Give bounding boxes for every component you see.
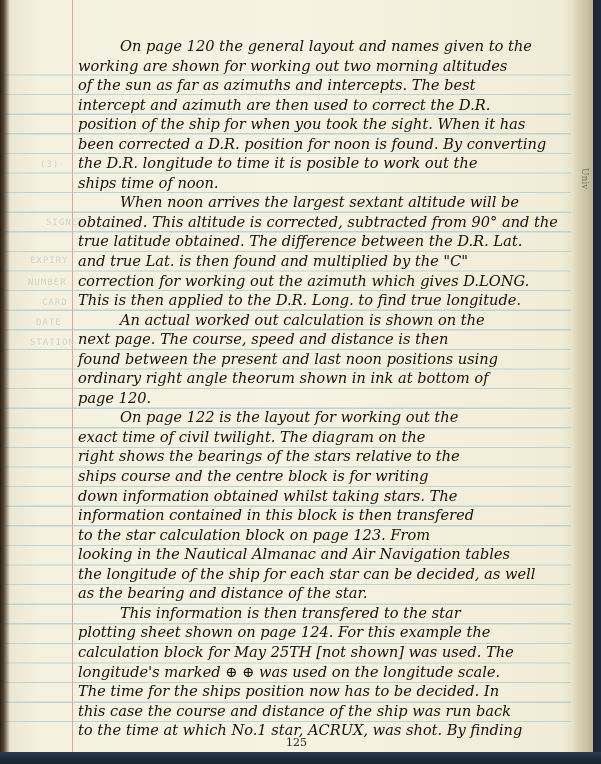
text-line: the longitude of the ship for each star … (78, 565, 588, 585)
bleed-through-text: EXPIRY (30, 256, 69, 266)
background-surface (0, 752, 601, 764)
text-line: and true Lat. is then found and multipli… (78, 252, 588, 272)
text-line: longitude's marked ⊕ ⊕ was used on the l… (78, 663, 588, 683)
text-line: correction for working out the azimuth w… (78, 272, 588, 292)
text-line: This is then applied to the D.R. Long. t… (78, 291, 588, 311)
text-line: been corrected a D.R. position for noon … (78, 135, 588, 155)
text-line: information contained in this block is t… (78, 506, 588, 526)
text-line: ordinary right angle theorum shown in in… (78, 369, 588, 389)
text-line: On page 120 the general layout and names… (78, 37, 588, 57)
page-number: 125 (286, 736, 307, 749)
text-line: intercept and azimuth are then used to c… (78, 96, 588, 116)
text-line: On page 122 is the layout for working ou… (78, 408, 588, 428)
text-line: working are shown for working out two mo… (78, 57, 588, 77)
text-line: as the bearing and distance of the star. (78, 584, 588, 604)
text-line: The time for the ships position now has … (78, 682, 588, 702)
text-line: down information obtained whilst taking … (78, 487, 588, 507)
text-line: When noon arrives the largest sextant al… (78, 193, 588, 213)
text-line: An actual worked out calculation is show… (78, 311, 588, 331)
text-line: This information is then transfered to t… (78, 604, 588, 624)
text-line: obtained. This altitude is corrected, su… (78, 213, 588, 233)
text-line: looking in the Nautical Almanac and Air … (78, 545, 588, 565)
handwritten-text: On page 120 the general layout and names… (78, 37, 588, 741)
margin-rule (72, 0, 73, 752)
bleed-through-text: (3) (40, 160, 59, 170)
binding-edge (0, 0, 10, 752)
text-line: exact time of civil twilight. The diagra… (78, 428, 588, 448)
text-line: page 120. (78, 389, 588, 409)
text-line: next page. The course, speed and distanc… (78, 330, 588, 350)
text-line: ships course and the centre block is for… (78, 467, 588, 487)
bleed-through-text: DATE (36, 318, 62, 328)
text-line: to the star calculation block on page 12… (78, 526, 588, 546)
page-edge: Univ (571, 0, 593, 752)
text-line: plotting sheet shown on page 124. For th… (78, 623, 588, 643)
text-line: position of the ship for when you took t… (78, 115, 588, 135)
notebook-page: (3) SIGNED EXPIRY NUMBER CARD DATE STATI… (0, 0, 593, 752)
bleed-through-text: STATION (30, 338, 75, 348)
text-line: calculation block for May 25TH [not show… (78, 643, 588, 663)
text-line: found between the present and last noon … (78, 350, 588, 370)
bleed-through-text: CARD (42, 298, 68, 308)
text-line: true latitude obtained. The difference b… (78, 232, 588, 252)
text-line: to the time at which No.1 star, ACRUX, w… (78, 721, 588, 741)
spine-label: Univ (577, 168, 589, 228)
text-line: right shows the bearings of the stars re… (78, 447, 588, 467)
bleed-through-text: NUMBER (28, 278, 67, 288)
text-line: this case the course and distance of the… (78, 702, 588, 722)
text-line: ships time of noon. (78, 174, 588, 194)
text-line: of the sun as far as azimuths and interc… (78, 76, 588, 96)
text-line: the D.R. longitude to time it is posible… (78, 154, 588, 174)
